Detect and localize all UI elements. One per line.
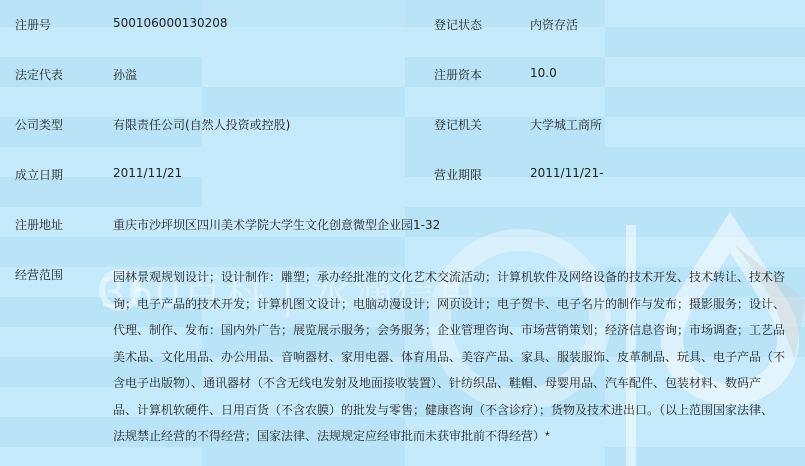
value-founded: 2011/11/21 — [113, 166, 182, 180]
label-reg-capital: 注册资本 — [434, 66, 482, 83]
scope-line: 品、计算机软硬件、日用百货（不含农膜）的批发与零售；健康咨询（不含诊疗）；货物及… — [113, 397, 793, 424]
scope-line: 询；电子产品的技术开发；计算机图文设计；电脑动漫设计；网页设计；电子贺卡、电子名… — [113, 291, 793, 318]
scope-line: 含电子出版物）、通讯器材（不含无线电发射及地面接收装置）、针纺织品、鞋帽、母婴用… — [113, 370, 793, 397]
value-address: 重庆市沙坪坝区四川美术学院大学生文化创意微型企业园1-32 — [113, 216, 440, 233]
label-address: 注册地址 — [15, 216, 63, 233]
scope-line: 园林景观规划设计；设计制作：雕塑；承办经批准的文化艺术交流活动；计算机软件及网络… — [113, 264, 793, 291]
value-reg-status: 内资存活 — [530, 16, 578, 33]
label-business-term: 营业期限 — [434, 166, 482, 183]
scope-line: 美术品、文化用品、办公用品、音响器材、家用电器、体育用品、美容产品、家具、服装服… — [113, 344, 793, 371]
scope-line: 法规禁止经营的不得经营；国家法律、法规规定应经审批而未获审批前不得经营）* — [113, 423, 793, 450]
label-company-type: 公司类型 — [15, 116, 63, 133]
value-company-type: 有限责任公司(自然人投资或控股) — [113, 116, 290, 133]
scope-line: 代理、制作、发布：国内外广告；展览展示服务；会务服务；企业管理咨询、市场营销策划… — [113, 317, 793, 344]
label-scope: 经营范围 — [15, 266, 63, 283]
value-legal-rep: 孙溢 — [113, 66, 137, 83]
value-reg-authority: 大学城工商所 — [530, 116, 602, 133]
value-reg-capital: 10.0 — [530, 66, 557, 80]
label-founded: 成立日期 — [15, 166, 63, 183]
value-scope: 园林景观规划设计；设计制作：雕塑；承办经批准的文化艺术交流活动；计算机软件及网络… — [113, 264, 793, 450]
label-reg-no: 注册号 — [15, 16, 51, 33]
label-reg-authority: 登记机关 — [434, 116, 482, 133]
company-info-table: 注册号 500106000130208 登记状态 内资存活 法定代表 孙溢 注册… — [0, 0, 805, 466]
value-business-term: 2011/11/21- — [530, 166, 604, 180]
label-legal-rep: 法定代表 — [15, 66, 63, 83]
label-reg-status: 登记状态 — [434, 16, 482, 33]
value-reg-no: 500106000130208 — [113, 16, 228, 30]
